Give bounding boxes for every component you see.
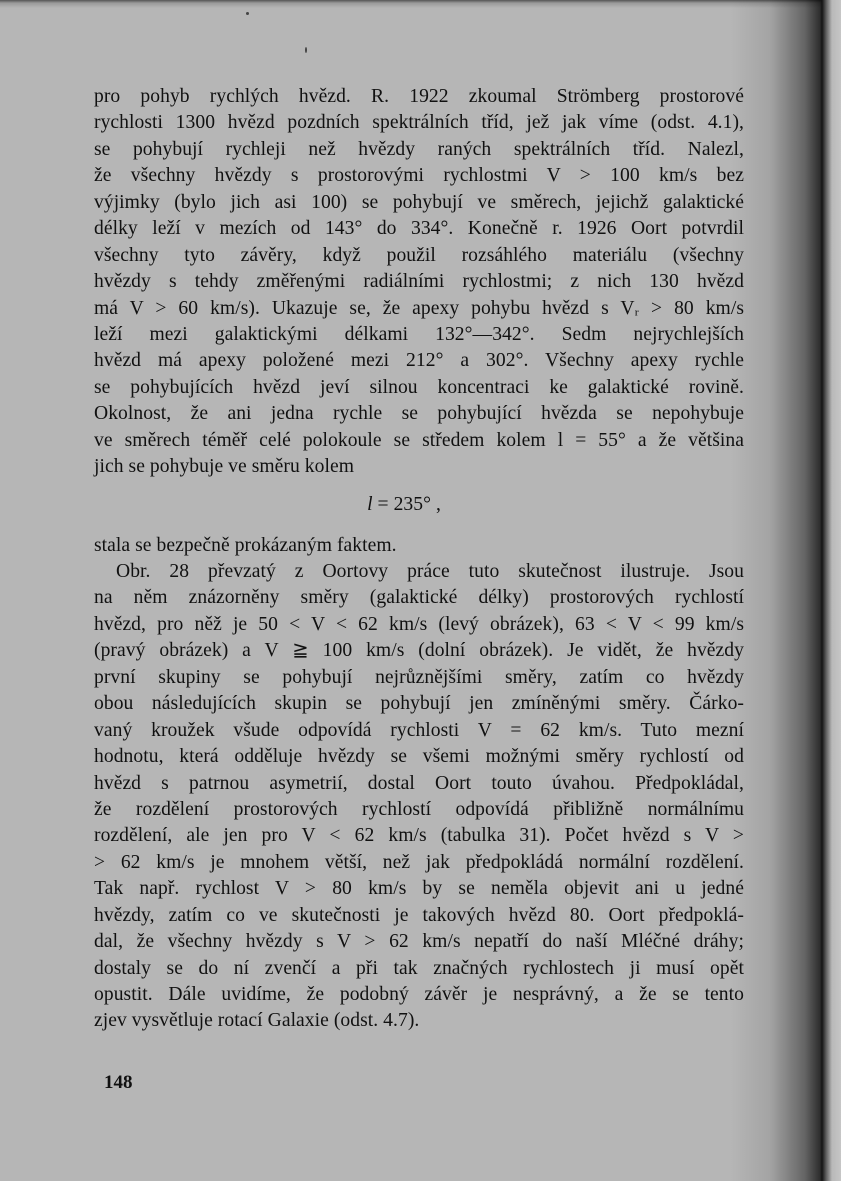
text-line: že rozdělení prostorových rychlostí odpo… [94, 797, 744, 823]
display-equation: l = 235° , [94, 481, 744, 533]
text-line: hvězd má apexy položené mezi 212° a 302°… [94, 348, 744, 374]
equation-value: = 235° , [373, 494, 441, 515]
text-line: Okolnost, že ani jedna rychle se pohybuj… [94, 401, 744, 427]
text-line: ve směrech téměř celé polokoule se střed… [94, 428, 744, 454]
text-line: na něm znázorněny směry (galaktické délk… [94, 585, 744, 611]
text-line: Obr. 28 převzatý z Oortovy práce tuto sk… [94, 559, 744, 585]
text-line: vaný kroužek všude odpovídá rychlosti V … [94, 718, 744, 744]
text-line: pro pohyb rychlých hvězd. R. 1922 zkouma… [94, 84, 744, 110]
text-line: hodnotu, která odděluje hvězdy se všemi … [94, 744, 744, 770]
paragraph-2: Obr. 28 převzatý z Oortovy práce tuto sk… [94, 559, 744, 1035]
text-line: hvězd, pro něž je 50 < V < 62 km/s (levý… [94, 612, 744, 638]
text-line: rychlosti 1300 hvězd pozdních spektrální… [94, 110, 744, 136]
scanned-book-page: pro pohyb rychlých hvězd. R. 1922 zkouma… [0, 0, 841, 1181]
text-line: dal, že všechny hvězdy s V > 62 km/s nep… [94, 929, 744, 955]
ink-speck [246, 12, 249, 15]
text-line: leží mezi galaktickými délkami 132°—342°… [94, 322, 744, 348]
paragraph-1: pro pohyb rychlých hvězd. R. 1922 zkouma… [94, 84, 744, 559]
text-line: první skupiny se pohybují nejrůznějšími … [94, 665, 744, 691]
text-line: délky leží v mezích od 143° do 334°. Kon… [94, 216, 744, 242]
text-line: obou následujících skupin se pohybují je… [94, 691, 744, 717]
text-line: dostaly se do ní zvenčí a při tak značný… [94, 956, 744, 982]
text-line: stala se bezpečně prokázaným faktem. [94, 533, 744, 559]
text-line: zjev vysvětluje rotací Galaxie (odst. 4.… [94, 1008, 744, 1034]
text-line: má V > 60 km/s). Ukazuje se, že apexy po… [94, 296, 744, 322]
text-line: že všechny hvězdy s prostorovými rychlos… [94, 163, 744, 189]
text-line: opustit. Dále uvidíme, že podobný závěr … [94, 982, 744, 1008]
text-line: > 62 km/s je mnohem větší, než jak předp… [94, 850, 744, 876]
ink-speck [305, 47, 307, 53]
page-number: 148 [104, 1072, 133, 1094]
text-line: hvězd s patrnou asymetrií, dostal Oort t… [94, 771, 744, 797]
text-line: (pravý obrázek) a V ≧ 100 km/s (dolní ob… [94, 638, 744, 664]
text-line: rozdělení, ale jen pro V < 62 km/s (tabu… [94, 823, 744, 849]
body-text: pro pohyb rychlých hvězd. R. 1922 zkouma… [94, 84, 744, 1035]
text-line: hvězdy s tehdy změřenými radiálními rych… [94, 269, 744, 295]
text-line: se pohybují rychleji než hvězdy raných s… [94, 137, 744, 163]
text-line: Tak např. rychlost V > 80 km/s by se nem… [94, 876, 744, 902]
text-line: hvězdy, zatím co ve skutečnosti je takov… [94, 903, 744, 929]
text-line: výjimky (bylo jich asi 100) se pohybují … [94, 190, 744, 216]
text-line: jich se pohybuje ve směru kolem [94, 454, 744, 480]
text-line: se pohybujících hvězd jeví silnou koncen… [94, 375, 744, 401]
text-line: všechny tyto závěry, když použil rozsáhl… [94, 243, 744, 269]
